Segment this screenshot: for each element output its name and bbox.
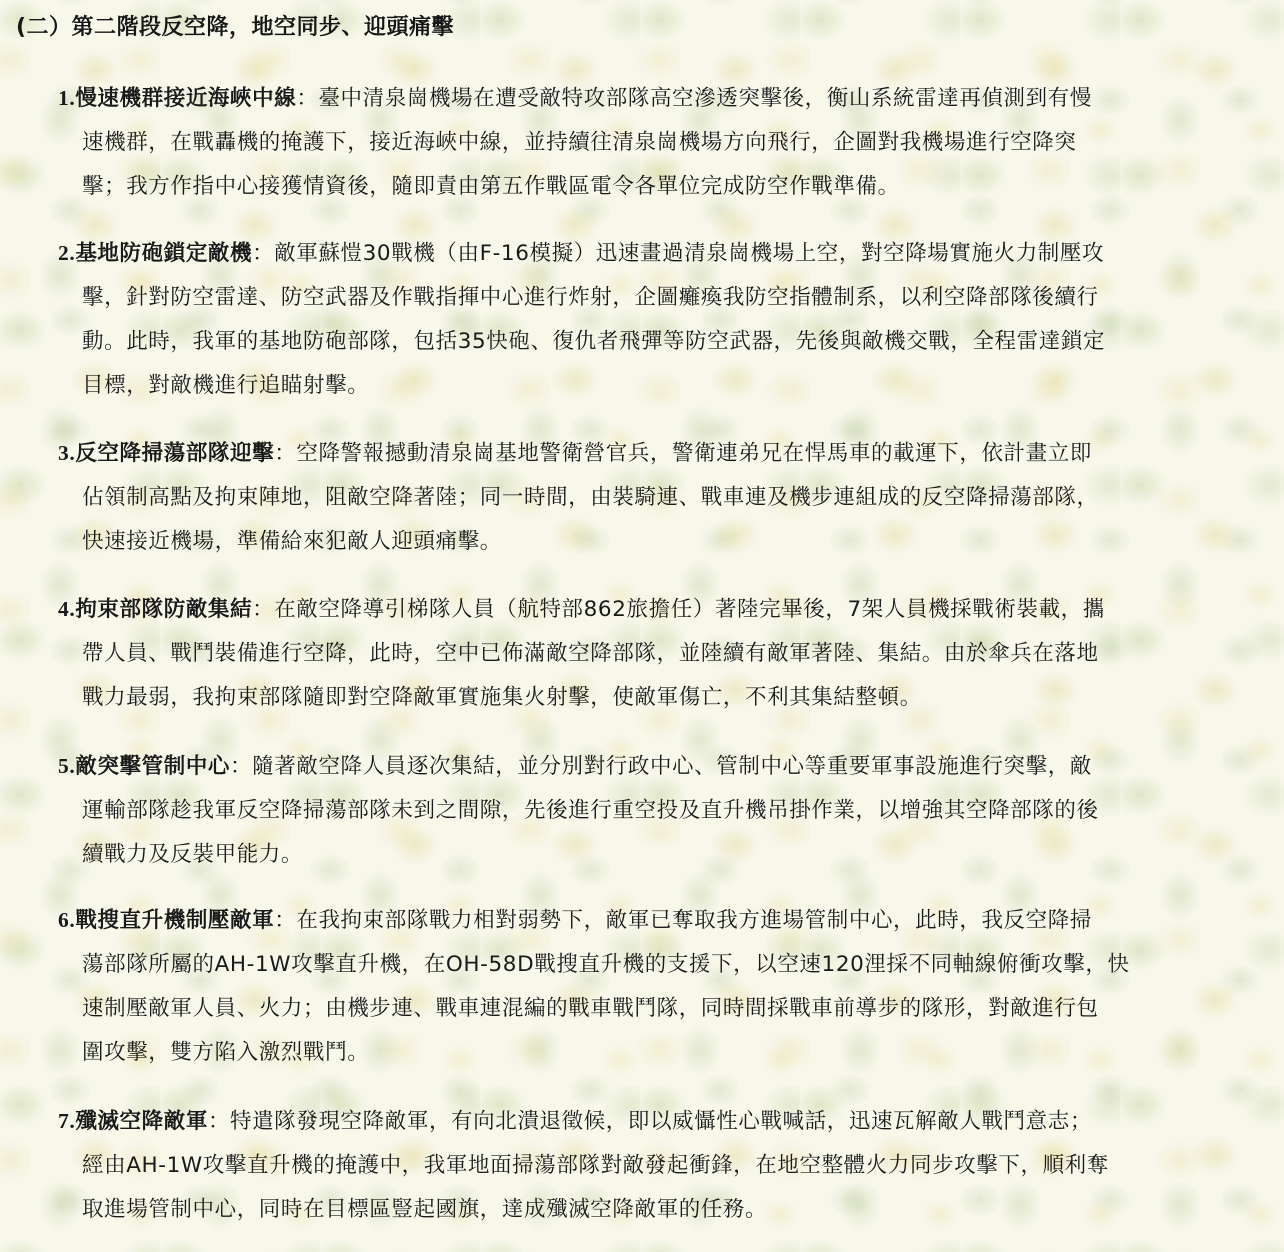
item-text-line: 動。此時，我軍的基地防砲部隊，包括35快砲、復仇者飛彈等防空武器，先後與敵機交戰… [58, 320, 1208, 364]
item-text-line: 帶人員、戰鬥裝備進行空降，此時，空中已佈滿敵空降部隊，並陸續有敵軍著陸、集結。由… [58, 632, 1208, 676]
item-colon: ： [252, 597, 274, 622]
item-text-line: 速制壓敵軍人員、火力；由機步連、戰車連混編的戰車戰鬥隊，同時間採戰車前導步的隊形… [58, 987, 1208, 1031]
item-heading: 戰搜直升機制壓敵軍 [75, 908, 274, 933]
item-text-line: 蕩部隊所屬的AH-1W攻擊直升機，在OH-58D戰搜直升機的支援下，以空速120… [58, 943, 1208, 987]
item-colon: ： [274, 441, 296, 466]
list-item-5: 5.敵突擊管制中心：隨著敵空降人員逐次集結，並分別對行政中心、管制中心等重要軍事… [58, 744, 1208, 877]
item-text-line: 擊；我方作指中心接獲情資後，隨即責由第五作戰區電令各單位完成防空作戰準備。 [58, 165, 1208, 209]
item-text-line: 戰力最弱，我拘束部隊隨即對空降敵軍實施集火射擊，使敵軍傷亡，不利其集結整頓。 [58, 676, 1208, 720]
item-heading: 敵突擊管制中心 [75, 754, 230, 779]
list-item-4: 4.拘束部隊防敵集結：在敵空降導引梯隊人員（航特部862旅擔任）著陸完畢後，7架… [58, 587, 1208, 720]
item-heading: 反空降掃蕩部隊迎擊 [75, 441, 274, 466]
item-text: 特遣隊發現空降敵軍，有向北潰退徵候，即以威懾性心戰喊話，迅速瓦解敵人戰鬥意志； [230, 1109, 1092, 1134]
item-text-line: 圍攻擊，雙方陷入激烈戰鬥。 [58, 1031, 1208, 1075]
item-first-line: 4.拘束部隊防敵集結：在敵空降導引梯隊人員（航特部862旅擔任）著陸完畢後，7架… [58, 587, 1208, 632]
item-heading: 慢速機群接近海峽中線 [75, 86, 296, 111]
item-number: 1. [58, 86, 75, 110]
item-number: 4. [58, 597, 75, 621]
item-text: 敵軍蘇愷30戰機（由F-16模擬）迅速畫過清泉崗機場上空，對空降場實施火力制壓攻 [274, 241, 1104, 266]
item-number: 2. [58, 241, 75, 265]
item-heading: 拘束部隊防敵集結 [75, 597, 252, 622]
item-text-line: 運輸部隊趁我軍反空降掃蕩部隊未到之間隙，先後進行重空投及直升機吊掛作業，以增強其… [58, 789, 1208, 833]
item-heading: 殲滅空降敵軍 [75, 1109, 208, 1134]
item-first-line: 7.殲滅空降敵軍：特遣隊發現空降敵軍，有向北潰退徵候，即以威懾性心戰喊話，迅速瓦… [58, 1099, 1208, 1144]
item-first-line: 5.敵突擊管制中心：隨著敵空降人員逐次集結，並分別對行政中心、管制中心等重要軍事… [58, 744, 1208, 789]
item-text-line: 速機群，在戰轟機的掩護下，接近海峽中線，並持續往清泉崗機場方向飛行，企圖對我機場… [58, 121, 1208, 165]
item-text-line: 經由AH-1W攻擊直升機的掩護中，我軍地面掃蕩部隊對敵發起衝鋒，在地空整體火力同… [58, 1144, 1208, 1188]
item-number: 5. [58, 754, 75, 778]
item-first-line: 2.基地防砲鎖定敵機：敵軍蘇愷30戰機（由F-16模擬）迅速畫過清泉崗機場上空，… [58, 231, 1208, 276]
item-text: 在我拘束部隊戰力相對弱勢下，敵軍已奪取我方進場管制中心，此時，我反空降掃 [296, 908, 1092, 933]
item-first-line: 6.戰搜直升機制壓敵軍：在我拘束部隊戰力相對弱勢下，敵軍已奪取我方進場管制中心，… [58, 898, 1208, 943]
section-title: (二）第二階段反空降，地空同步、迎頭痛擊 [16, 12, 454, 44]
item-number: 6. [58, 908, 75, 932]
item-text-line: 續戰力及反裝甲能力。 [58, 833, 1208, 877]
item-number: 3. [58, 441, 75, 465]
item-text: 在敵空降導引梯隊人員（航特部862旅擔任）著陸完畢後，7架人員機採戰術裝載，攜 [274, 597, 1105, 622]
item-colon: ： [230, 754, 252, 779]
item-heading: 基地防砲鎖定敵機 [75, 241, 252, 266]
item-colon: ： [252, 241, 274, 266]
item-colon: ： [274, 908, 296, 933]
item-text: 空降警報撼動清泉崗基地警衛營官兵，警衛連弟兄在悍馬車的載運下，依計畫立即 [296, 441, 1092, 466]
item-number: 7. [58, 1109, 75, 1133]
item-text: 隨著敵空降人員逐次集結，並分別對行政中心、管制中心等重要軍事設施進行突擊，敵 [252, 754, 1092, 779]
item-text-line: 佔領制高點及拘束陣地，阻敵空降著陸；同一時間，由裝騎連、戰車連及機步連組成的反空… [58, 476, 1208, 520]
item-first-line: 3.反空降掃蕩部隊迎擊：空降警報撼動清泉崗基地警衛營官兵，警衛連弟兄在悍馬車的載… [58, 431, 1208, 476]
item-text-line: 目標，對敵機進行追瞄射擊。 [58, 364, 1208, 408]
list-item-1: 1.慢速機群接近海峽中線：臺中清泉崗機場在遭受敵特攻部隊高空滲透突擊後，衡山系統… [58, 76, 1208, 209]
list-item-3: 3.反空降掃蕩部隊迎擊：空降警報撼動清泉崗基地警衛營官兵，警衛連弟兄在悍馬車的載… [58, 431, 1208, 564]
list-item-7: 7.殲滅空降敵軍：特遣隊發現空降敵軍，有向北潰退徵候，即以威懾性心戰喊話，迅速瓦… [58, 1099, 1208, 1232]
item-first-line: 1.慢速機群接近海峽中線：臺中清泉崗機場在遭受敵特攻部隊高空滲透突擊後，衡山系統… [58, 76, 1208, 121]
list-item-6: 6.戰搜直升機制壓敵軍：在我拘束部隊戰力相對弱勢下，敵軍已奪取我方進場管制中心，… [58, 898, 1208, 1075]
item-text-line: 快速接近機場，準備給來犯敵人迎頭痛擊。 [58, 520, 1208, 564]
item-text-line: 擊，針對防空雷達、防空武器及作戰指揮中心進行炸射，企圖癱瘓我防空指體制系，以利空… [58, 276, 1208, 320]
list-item-2: 2.基地防砲鎖定敵機：敵軍蘇愷30戰機（由F-16模擬）迅速畫過清泉崗機場上空，… [58, 231, 1208, 408]
item-text: 臺中清泉崗機場在遭受敵特攻部隊高空滲透突擊後，衡山系統雷達再偵測到有慢 [318, 86, 1092, 111]
item-colon: ： [296, 86, 318, 111]
item-text-line: 取進場管制中心，同時在目標區豎起國旗，達成殲滅空降敵軍的任務。 [58, 1188, 1208, 1232]
item-colon: ： [208, 1109, 230, 1134]
